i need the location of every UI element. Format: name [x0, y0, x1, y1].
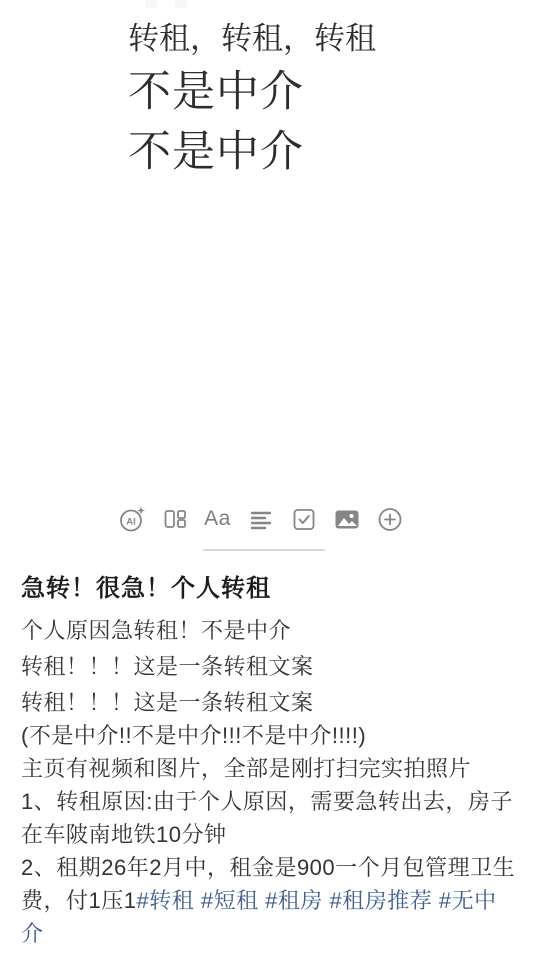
- checkbox-icon: [290, 505, 318, 533]
- editor-toolbar: AI Aa: [0, 505, 528, 533]
- template-icon: [161, 505, 189, 533]
- note-body-input[interactable]: 个人原因急转租！不是中介 转租！！！这是一条转租文案 转租！！！这是一条转租文案…: [21, 614, 518, 950]
- ai-assistant-button[interactable]: AI: [118, 505, 146, 533]
- svg-text:AI: AI: [126, 517, 136, 528]
- body-paragraph: 转租！！！这是一条转租文案: [21, 650, 518, 683]
- body-paragraph: 主页有视频和图片，全部是刚打扫完实拍照片: [21, 752, 518, 785]
- add-icon: [376, 505, 404, 533]
- cover-image-preview: 转租，转租，转租 不是中介 不是中介: [128, 16, 376, 182]
- preview-line-2: 不是中介: [128, 62, 376, 122]
- template-button[interactable]: [161, 505, 189, 533]
- cropped-text-remnant: [145, 0, 157, 8]
- body-paragraph: 个人原因急转租！不是中介: [21, 614, 518, 647]
- note-title-input[interactable]: 急转！很急！个人转租: [21, 572, 518, 606]
- cropped-text-remnant: [175, 0, 187, 8]
- preview-line-1: 转租，转租，转租: [128, 16, 376, 62]
- ai-assistant-icon: AI: [118, 505, 146, 533]
- image-icon: [333, 505, 361, 533]
- preview-line-3: 不是中介: [128, 122, 376, 182]
- text-style-button[interactable]: Aa: [204, 505, 232, 533]
- insert-image-button[interactable]: [333, 505, 361, 533]
- body-paragraph: 转租！！！这是一条转租文案: [21, 686, 518, 719]
- body-paragraph: (不是中介!!不是中介!!!不是中介!!!!): [21, 719, 518, 752]
- checkbox-button[interactable]: [290, 505, 318, 533]
- body-paragraph: 1、转租原因:由于个人原因，需要急转出去，房子在车陂南地铁10分钟: [21, 785, 518, 851]
- toolbar-divider: [203, 549, 325, 551]
- body-paragraph-with-tags: 2、租期26年2月中，租金是900一个月包管理卫生费，付1压1#转租 #短租 #…: [21, 851, 518, 950]
- text-style-icon: Aa: [204, 507, 231, 531]
- align-text-button[interactable]: [247, 505, 275, 533]
- add-button[interactable]: [376, 505, 404, 533]
- align-left-icon: [247, 505, 275, 533]
